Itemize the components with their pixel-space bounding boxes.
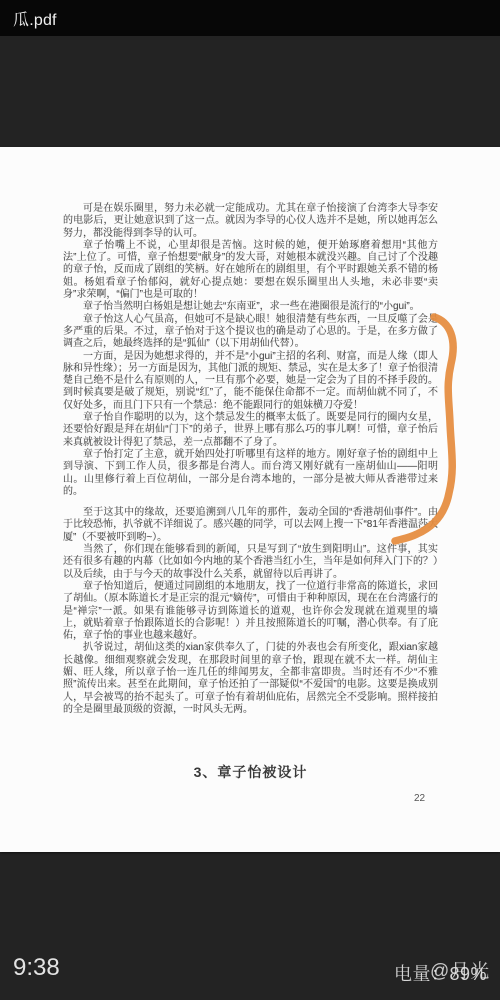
paragraph: 扒爷说过，胡仙这类的xian家供奉久了，门徒的外表也会有所变化，跟xian家越长… (63, 642, 438, 716)
page-body-text: 可是在娱乐圈里，努力未必就一定能成功。尤其在章子怡接演了台湾李大导李安的电影后，… (0, 147, 500, 782)
pdf-page: 可是在娱乐圈里，努力未必就一定能成功。尤其在章子怡接演了台湾李大导李安的电影后，… (0, 147, 500, 852)
title-bar: 瓜.pdf (0, 0, 500, 36)
paragraph: 章子怡这人心气虽高，但她可不是缺心眼！她很清楚有些东西，一旦反噬了会是多严重的后… (63, 314, 438, 351)
page-number: 22 (414, 793, 425, 804)
pdf-viewport[interactable]: 可是在娱乐圈里，努力未必就一定能成功。尤其在章子怡接演了台湾李大导李安的电影后，… (0, 36, 500, 852)
document-title: 瓜.pdf (13, 7, 57, 30)
paragraph: 章子怡嘴上不说，心里却很是苦恼。这时候的她，便开始琢磨着想用“其他方法”上位了。… (63, 240, 438, 301)
paragraph: 章子怡当然明白杨姐是想让她去“东南亚”，求一些在港圈很是流行的“小gui”。 (63, 301, 438, 313)
clock-time: 9:38 (13, 954, 60, 982)
paragraph: 章子怡自作聪明的以为，这个禁忌发生的概率太低了。既要是同行的圈内女星，还要恰好跟… (63, 412, 438, 449)
battery-indicator: 电量：89% @月光 (394, 960, 487, 986)
paragraph: 当然了，你们现在能够看到的新闻，只是写到了“放生到阳明山”。这件事，其实还有很多… (63, 544, 438, 581)
paragraph: 章子怡知道后，便通过同剧组的本地朋友，找了一位道行非常高的陈道长，求回了胡仙。（… (63, 581, 438, 642)
section-heading: 3、章子怡被设计 (63, 762, 438, 782)
watermark-overlay: @月光 (430, 956, 490, 983)
paragraph: 可是在娱乐圈里，努力未必就一定能成功。尤其在章子怡接演了台湾李大导李安的电影后，… (63, 203, 438, 240)
paragraph: 章子怡打定了主意，就开始四处打听哪里有这样的地方。刚好章子怡的剧组中上到导演、下… (63, 449, 438, 498)
bottom-status-bar: 9:38 电量：89% @月光 (0, 948, 500, 1000)
paragraph: 一方面，是因为她想求得的，并不是“小gui”主招的名利、财富，而是人缘（即人脉和… (63, 351, 438, 412)
paragraph: 至于这其中的缘故，还要追溯到八几年的那件，轰动全国的“香港胡仙事件”。由于比较恐… (63, 507, 438, 544)
